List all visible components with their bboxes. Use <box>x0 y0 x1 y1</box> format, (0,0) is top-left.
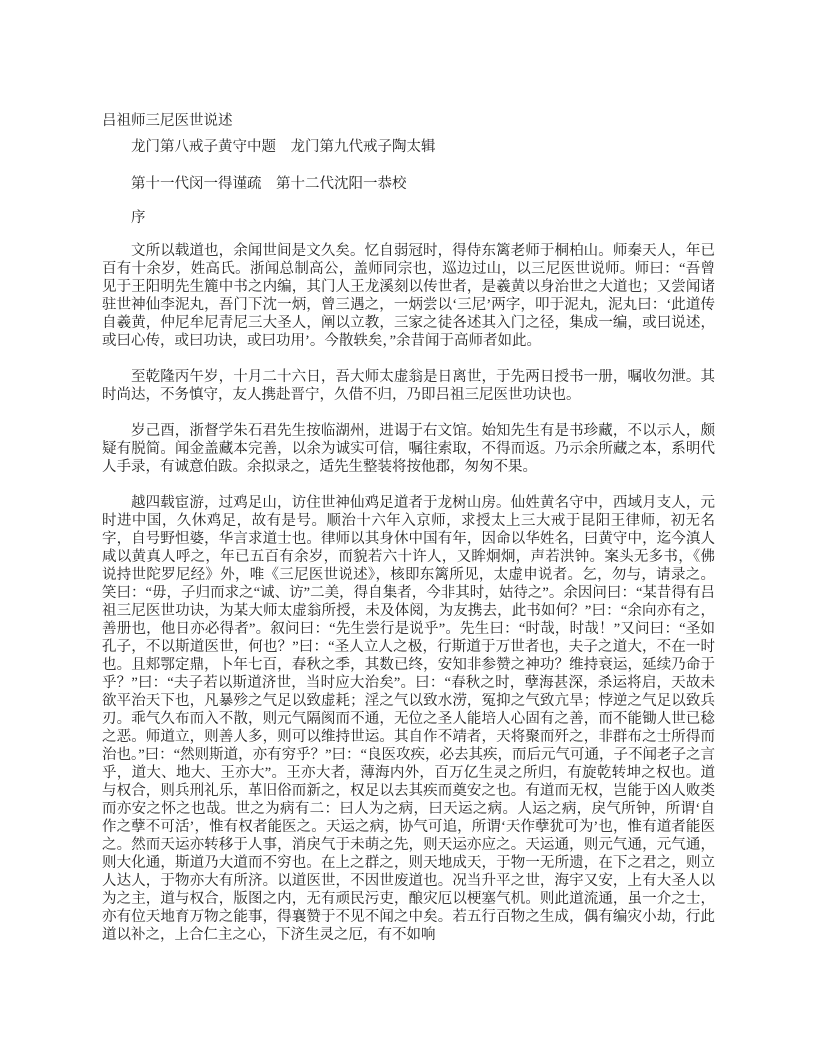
paragraph: 至乾隆丙午岁，十月二十六日，吾大师太虚翁是日离世，于先两日授书一册，嘱收勿泄。其… <box>102 368 715 404</box>
paragraph: 越四载宦游，过鸡足山，访住世神仙鸡足道者于龙树山房。仙姓黄名守中，西域月支人，元… <box>102 494 715 944</box>
document-title: 吕祖师三尼医世说述 <box>102 112 715 130</box>
paragraph: 岁己酉，浙督学朱石君先生按临湖州，进谒于右文馆。始知先生有是书珍藏，不以示人，颇… <box>102 422 715 476</box>
byline-editors: 第十一代闵一得谨疏 第十二代沈阳一恭校 <box>102 175 715 193</box>
document-page: 吕祖师三尼医世说述 龙门第八戒子黄守中题 龙门第九代戒子陶太辑 第十一代闵一得谨… <box>0 0 816 1056</box>
text-column: 吕祖师三尼医世说述 龙门第八戒子黄守中题 龙门第九代戒子陶太辑 第十一代闵一得谨… <box>102 112 715 944</box>
section-heading-preface: 序 <box>102 209 715 227</box>
byline-authors: 龙门第八戒子黄守中题 龙门第九代戒子陶太辑 <box>102 138 715 156</box>
paragraph: 文所以载道也，余闻世间是文久矣。忆自弱冠时，得侍东篱老师于桐柏山。师秦天人，年已… <box>102 242 715 350</box>
